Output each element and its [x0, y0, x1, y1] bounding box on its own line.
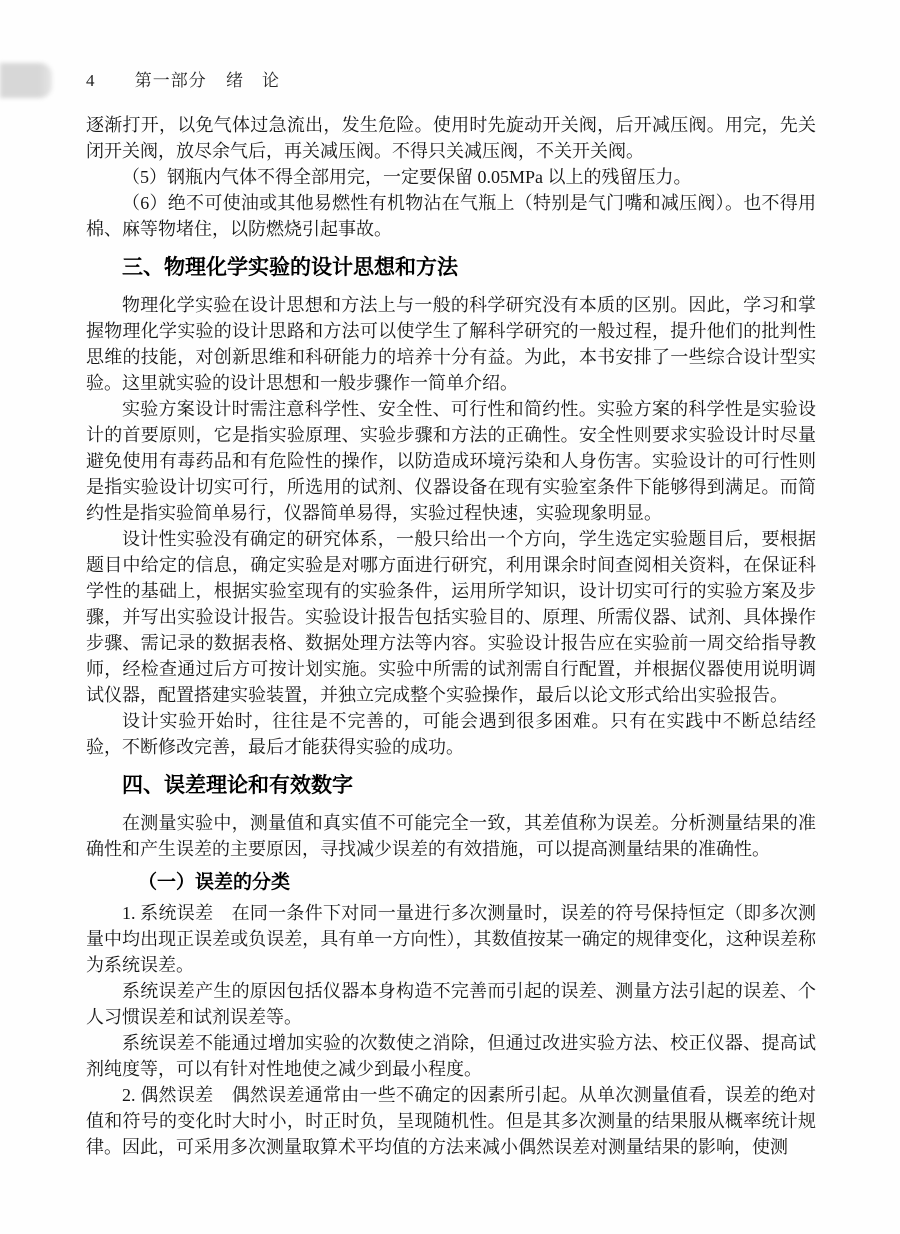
heading-section-three: 三、物理化学实验的设计思想和方法	[86, 254, 816, 282]
page-content: 逐渐打开，以免气体过急流出，发生危险。使用时先旋动开关阀，后开减压阀。用完，先关…	[86, 112, 816, 1160]
paragraph-design-overview: 物理化学实验在设计思想和方法上与一般的科学研究没有本质的区别。因此，学习和掌握物…	[86, 292, 816, 396]
paragraph-design-practice: 设计实验开始时，往往是不完善的，可能会遇到很多困难。只有在实践中不断总结经验，不…	[86, 708, 816, 760]
list-item-6: （6）绝不可使油或其他易燃性有机物沾在气瓶上（特别是气门嘴和减压阀）。也不得用棉…	[86, 190, 816, 242]
scan-artifact-tab	[0, 63, 52, 98]
paragraph-continuation: 逐渐打开，以免气体过急流出，发生危险。使用时先旋动开关阀，后开减压阀。用完，先关…	[86, 112, 816, 164]
paragraph-systematic-error-causes: 系统误差产生的原因包括仪器本身构造不完善而引起的误差、测量方法引起的误差、个人习…	[86, 978, 816, 1030]
paragraph-error-intro: 在测量实验中，测量值和真实值不可能完全一致，其差值称为误差。分析测量结果的准确性…	[86, 810, 816, 862]
paragraph-design-procedure: 设计性实验没有确定的研究体系，一般只给出一个方向，学生选定实验题目后，要根据题目…	[86, 526, 816, 708]
subheading-error-classification: （一）误差的分类	[86, 870, 816, 896]
list-item-5: （5）钢瓶内气体不得全部用完，一定要保留 0.05MPa 以上的残留压力。	[86, 164, 816, 190]
book-page: 4 第一部分 绪 论 逐渐打开，以免气体过急流出，发生危险。使用时先旋动开关阀，…	[0, 0, 900, 1234]
page-header: 4 第一部分 绪 论	[86, 71, 816, 91]
paragraph-systematic-error-reduction: 系统误差不能通过增加实验的次数使之消除，但通过改进实验方法、校正仪器、提高试剂纯…	[86, 1030, 816, 1082]
paragraph-systematic-error-definition: 1. 系统误差 在同一条件下对同一量进行多次测量时，误差的符号保持恒定（即多次测…	[86, 900, 816, 978]
paragraph-design-principles: 实验方案设计时需注意科学性、安全性、可行性和简约性。实验方案的科学性是实验设计的…	[86, 396, 816, 526]
page-number: 4	[86, 71, 95, 91]
heading-section-four: 四、误差理论和有效数字	[86, 772, 816, 800]
part-label: 第一部分	[135, 71, 207, 91]
paragraph-random-error-definition: 2. 偶然误差 偶然误差通常由一些不确定的因素所引起。从单次测量值看，误差的绝对…	[86, 1082, 816, 1160]
section-title: 绪 论	[226, 71, 280, 91]
